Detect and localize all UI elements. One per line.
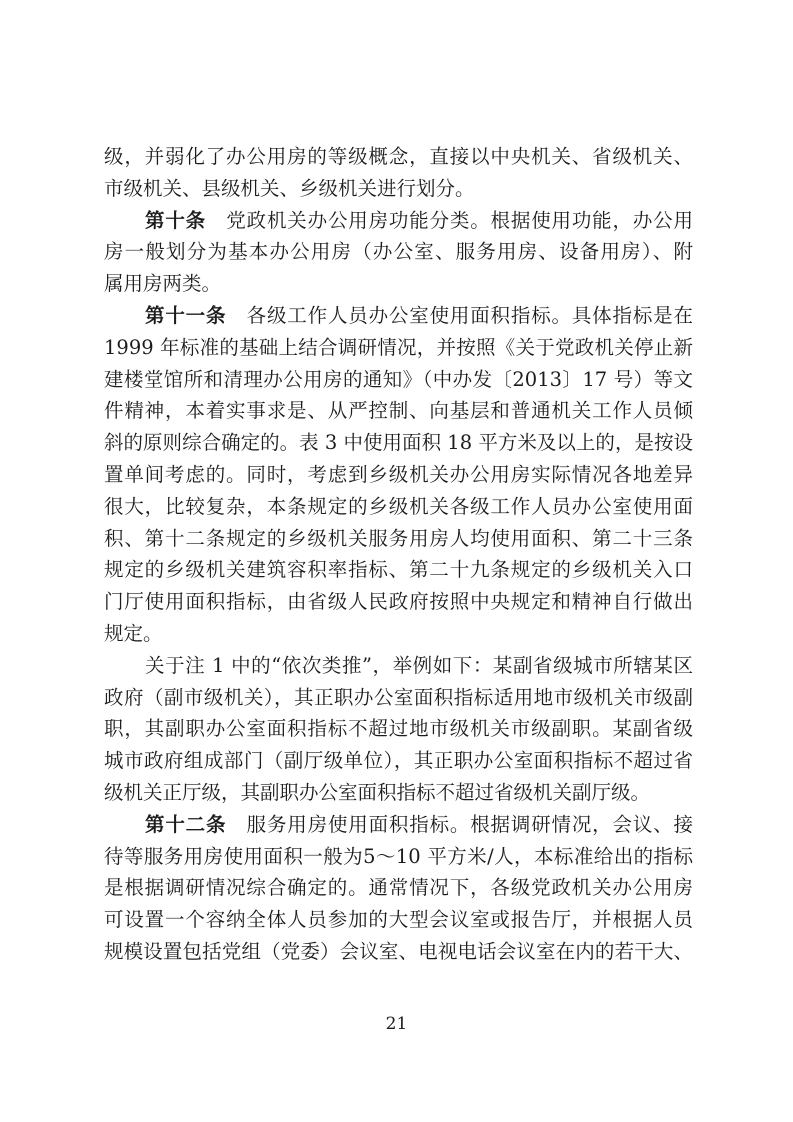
text-line: 关于注 1 中的“依次类推”，举例如下：某副省级城市所辖某区	[104, 650, 693, 682]
document-page: 级，并弱化了办公用房的等级概念，直接以中央机关、省级机关、市级机关、县级机关、乡…	[0, 0, 793, 1122]
text-run: 置单间考虑的。同时，考虑到乡级机关办公用房实际情况各地差异	[104, 463, 693, 486]
text-line: 可设置一个容纳全体人员参加的大型会议室或报告厅，并根据人员	[104, 904, 693, 936]
text-run: 1999 年标准的基础上结合调研情况，并按照《关于党政机关停止新	[104, 336, 693, 359]
text-line: 规定。	[104, 618, 693, 650]
text-line: 1999 年标准的基础上结合调研情况，并按照《关于党政机关停止新	[104, 332, 693, 364]
paragraph: 关于注 1 中的“依次类推”，举例如下：某副省级城市所辖某区政府（副市级机关），…	[104, 650, 693, 809]
article-number: 第十条	[145, 209, 206, 232]
text-line: 门厅使用面积指标，由省级人民政府按照中央规定和精神自行做出	[104, 586, 693, 618]
text-run: 市级机关、县级机关、乡级机关进行划分。	[104, 177, 475, 200]
article-number: 第十一条	[145, 304, 226, 327]
text-line: 建楼堂馆所和清理办公用房的通知》（中办发〔2013〕17 号）等文	[104, 364, 693, 396]
text-run: 服务用房使用面积指标。根据调研情况，会议、接	[226, 813, 693, 836]
text-run: 级，并弱化了办公用房的等级概念，直接以中央机关、省级机关、	[104, 145, 693, 168]
text-line: 很大，比较复杂，本条规定的乡级机关各级工作人员办公室使用面	[104, 491, 693, 523]
text-run: 可设置一个容纳全体人员参加的大型会议室或报告厅，并根据人员	[104, 908, 693, 931]
paragraph: 第十条 党政机关办公用房功能分类。根据使用功能，办公用房一般划分为基本办公用房（…	[104, 205, 693, 300]
text-run: 关于注 1 中的“依次类推”，举例如下：某副省级城市所辖某区	[145, 654, 693, 677]
text-line: 置单间考虑的。同时，考虑到乡级机关办公用房实际情况各地差异	[104, 459, 693, 491]
text-line: 职，其副职办公室面积指标不超过地市级机关市级副职。某副省级	[104, 713, 693, 745]
text-line: 规模设置包括党组（党委）会议室、电视电话会议室在内的若干大、	[104, 936, 693, 968]
paragraph: 第十二条 服务用房使用面积指标。根据调研情况，会议、接待等服务用房使用面积一般为…	[104, 809, 693, 968]
text-run: 房一般划分为基本办公用房（办公室、服务用房、设备用房）、附	[104, 240, 693, 263]
text-run: 斜的原则综合确定的。表 3 中使用面积 18 平方米及以上的，是按设	[104, 431, 693, 454]
text-run: 待等服务用房使用面积一般为5～10 平方米/人，本标准给出的指标	[104, 845, 693, 868]
text-line: 级机关正厅级，其副职办公室面积指标不超过省级机关副厅级。	[104, 777, 693, 809]
text-run: 属用房两类。	[104, 272, 221, 295]
text-line-article-start: 第十条 党政机关办公用房功能分类。根据使用功能，办公用	[104, 205, 693, 237]
text-run: 规定的乡级机关建筑容积率指标、第二十九条规定的乡级机关入口	[104, 558, 693, 581]
text-run: 各级工作人员办公室使用面积指标。具体指标是在	[226, 304, 693, 327]
text-run: 规模设置包括党组（党委）会议室、电视电话会议室在内的若干大、	[104, 940, 693, 963]
text-run: 级机关正厅级，其副职办公室面积指标不超过省级机关副厅级。	[104, 781, 650, 804]
text-line: 城市政府组成部门（副厅级单位），其正职办公室面积指标不超过省	[104, 745, 693, 777]
text-run: 很大，比较复杂，本条规定的乡级机关各级工作人员办公室使用面	[104, 495, 693, 518]
text-run: 城市政府组成部门（副厅级单位），其正职办公室面积指标不超过省	[104, 749, 693, 772]
text-line: 是根据调研情况综合确定的。通常情况下，各级党政机关办公用房	[104, 872, 693, 904]
paragraph: 第十一条 各级工作人员办公室使用面积指标。具体指标是在1999 年标准的基础上结…	[104, 300, 693, 650]
text-run: 职，其副职办公室面积指标不超过地市级机关市级副职。某副省级	[104, 717, 693, 740]
text-line: 规定的乡级机关建筑容积率指标、第二十九条规定的乡级机关入口	[104, 554, 693, 586]
text-run: 党政机关办公用房功能分类。根据使用功能，办公用	[206, 209, 693, 232]
text-line-article-start: 第十二条 服务用房使用面积指标。根据调研情况，会议、接	[104, 809, 693, 841]
text-run: 建楼堂馆所和清理办公用房的通知》（中办发〔2013〕17 号）等文	[104, 368, 693, 391]
text-line: 市级机关、县级机关、乡级机关进行划分。	[104, 173, 693, 205]
text-run: 规定。	[104, 622, 163, 645]
text-line: 积、第十二条规定的乡级机关服务用房人均使用面积、第二十三条	[104, 523, 693, 555]
text-line: 待等服务用房使用面积一般为5～10 平方米/人，本标准给出的指标	[104, 841, 693, 873]
text-run: 积、第十二条规定的乡级机关服务用房人均使用面积、第二十三条	[104, 527, 693, 550]
text-line-article-start: 第十一条 各级工作人员办公室使用面积指标。具体指标是在	[104, 300, 693, 332]
text-block: 级，并弱化了办公用房的等级概念，直接以中央机关、省级机关、市级机关、县级机关、乡…	[104, 141, 693, 968]
text-line: 政府（副市级机关），其正职办公室面积指标适用地市级机关市级副	[104, 682, 693, 714]
article-number: 第十二条	[145, 813, 226, 836]
text-line: 级，并弱化了办公用房的等级概念，直接以中央机关、省级机关、	[104, 141, 693, 173]
page-number: 21	[386, 1014, 408, 1034]
text-line: 斜的原则综合确定的。表 3 中使用面积 18 平方米及以上的，是按设	[104, 427, 693, 459]
text-line: 房一般划分为基本办公用房（办公室、服务用房、设备用房）、附	[104, 236, 693, 268]
text-run: 门厅使用面积指标，由省级人民政府按照中央规定和精神自行做出	[104, 590, 693, 613]
text-run: 政府（副市级机关），其正职办公室面积指标适用地市级机关市级副	[104, 686, 693, 709]
text-run: 是根据调研情况综合确定的。通常情况下，各级党政机关办公用房	[104, 876, 693, 899]
page-footer: 21	[0, 1012, 793, 1036]
text-line: 件精神，本着实事求是、从严控制、向基层和普通机关工作人员倾	[104, 395, 693, 427]
text-run: 件精神，本着实事求是、从严控制、向基层和普通机关工作人员倾	[104, 399, 693, 422]
paragraph: 级，并弱化了办公用房的等级概念，直接以中央机关、省级机关、市级机关、县级机关、乡…	[104, 141, 693, 205]
text-line: 属用房两类。	[104, 268, 693, 300]
